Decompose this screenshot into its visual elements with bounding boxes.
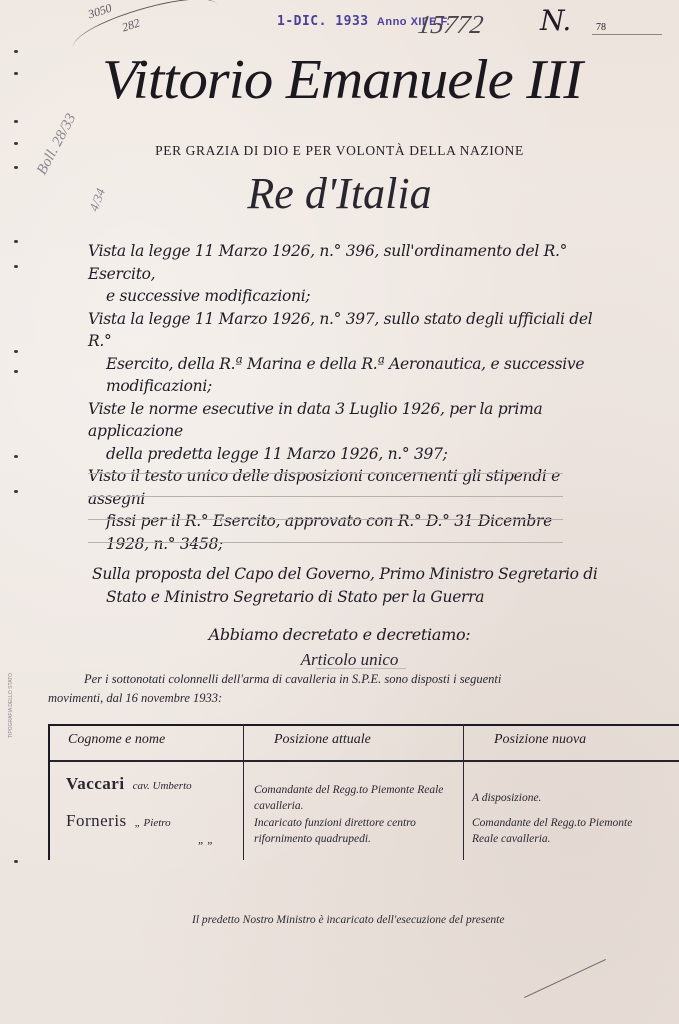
proposal-clause: Sulla proposta del Capo del Governo, Pri… <box>92 563 602 609</box>
table-row-2-current-position: Incaricato funzioni direttore centro rif… <box>254 815 459 847</box>
given-name: „ Pietro <box>135 817 171 829</box>
preamble-line: Vista la legge 11 Marzo 1926, n.° 396, s… <box>88 240 598 285</box>
cell-line: Comandante del Regg.to Piemonte Reale <box>254 782 459 798</box>
table-row-1-name: Vaccaricav. Umberto <box>66 776 192 794</box>
table-column-divider <box>243 724 244 860</box>
binding-hole <box>14 350 18 353</box>
blank-ruled-line <box>88 496 563 497</box>
decree-formula: Abbiamo decretato e decretiamo: <box>0 625 679 644</box>
binding-hole <box>14 490 18 493</box>
article-intro: Per i sottonotati colonnelli dell'arma d… <box>48 670 628 708</box>
proposal-line: Sulla proposta del Capo del Governo, Pri… <box>92 563 602 586</box>
preamble-line: Vista la legge 11 Marzo 1926, n.° 397, s… <box>88 308 598 353</box>
binding-hole <box>14 265 18 268</box>
preamble-line: fissi per il R.° Esercito, approvato con… <box>88 510 598 555</box>
blank-ruled-line <box>88 519 563 520</box>
table-header-current-position: Posizione attuale <box>274 732 371 748</box>
article-title: Articolo unico <box>0 650 679 670</box>
cell-line: Incaricato funzioni direttore centro <box>254 815 459 831</box>
protocol-number: 15772 <box>416 10 485 40</box>
closing-clause: Il predetto Nostro Ministro è incaricato… <box>192 914 652 926</box>
decree-page: 3050 282 1-DIC. 1933 Anno XII E.F. 15772… <box>0 0 679 1024</box>
preamble-line: della predetta legge 11 Marzo 1926, n.° … <box>88 443 598 466</box>
printer-imprint: TIPOGRAFIA DELLO STATO <box>8 673 14 738</box>
cell-line: Comandante del Regg.to Piemonte <box>472 815 677 831</box>
king-name-heading: Vittorio Emanuele III <box>48 48 636 112</box>
surname: Forneris <box>66 811 127 830</box>
binding-hole <box>14 120 18 123</box>
preamble-line: modificazioni; <box>88 375 598 398</box>
proposal-line: Stato e Ministro Segretario di Stato per… <box>92 586 602 609</box>
cell-line: Reale cavalleria. <box>472 831 677 847</box>
preamble-line: e successive modificazioni; <box>88 285 598 308</box>
subtitle: PER GRAZIA DI DIO E PER VOLONTÀ DELLA NA… <box>0 143 679 159</box>
table-row-1-new-position: A disposizione. <box>472 790 677 806</box>
blank-ruled-line <box>88 473 563 474</box>
preamble-line: Viste le norme esecutive in data 3 Lugli… <box>88 398 598 443</box>
table-header-new-position: Posizione nuova <box>494 732 586 748</box>
preamble-line: Visto il testo unico delle disposizioni … <box>88 465 598 510</box>
numero-label: N. <box>540 4 571 37</box>
given-name: cav. Umberto <box>133 780 192 792</box>
preamble: Vista la legge 11 Marzo 1926, n.° 396, s… <box>88 240 598 555</box>
table-header-rule <box>48 760 679 762</box>
cell-line: cavalleria. <box>254 798 459 814</box>
numero-value: 78 <box>596 22 606 33</box>
table-row-2-name-ditto: „ „ <box>198 832 214 848</box>
binding-hole <box>14 240 18 243</box>
preamble-line: Esercito, della R.ª Marina e della R.ª A… <box>88 353 598 376</box>
blank-ruled-line <box>88 542 563 543</box>
movements-table: Cognome e nome Posizione attuale Posizio… <box>48 724 679 860</box>
table-top-rule <box>48 724 679 726</box>
binding-hole <box>14 72 18 75</box>
surname: Vaccari <box>66 774 125 793</box>
table-row-1-current-position: Comandante del Regg.to Piemonte Reale ca… <box>254 782 459 814</box>
signature-stroke <box>524 959 606 998</box>
binding-hole <box>14 860 18 863</box>
cell-line: rifornimento quadrupedi. <box>254 831 459 847</box>
article-intro-line: movimenti, dal 16 novembre 1933: <box>48 689 628 708</box>
binding-hole <box>14 370 18 373</box>
article-underline <box>316 668 406 669</box>
date-stamp-date: 1-DIC. 1933 <box>277 14 369 29</box>
binding-hole <box>14 50 18 53</box>
table-row-2-name: Forneris„ Pietro <box>66 813 171 831</box>
binding-hole <box>14 455 18 458</box>
table-row-2-new-position: Comandante del Regg.to Piemonte Reale ca… <box>472 815 677 847</box>
numero-underline <box>592 34 662 35</box>
cell-line: A disposizione. <box>472 790 677 806</box>
article-intro-line: Per i sottonotati colonnelli dell'arma d… <box>48 670 628 689</box>
table-header-name: Cognome e nome <box>68 732 165 748</box>
table-left-border <box>48 724 50 860</box>
table-column-divider <box>463 724 464 860</box>
